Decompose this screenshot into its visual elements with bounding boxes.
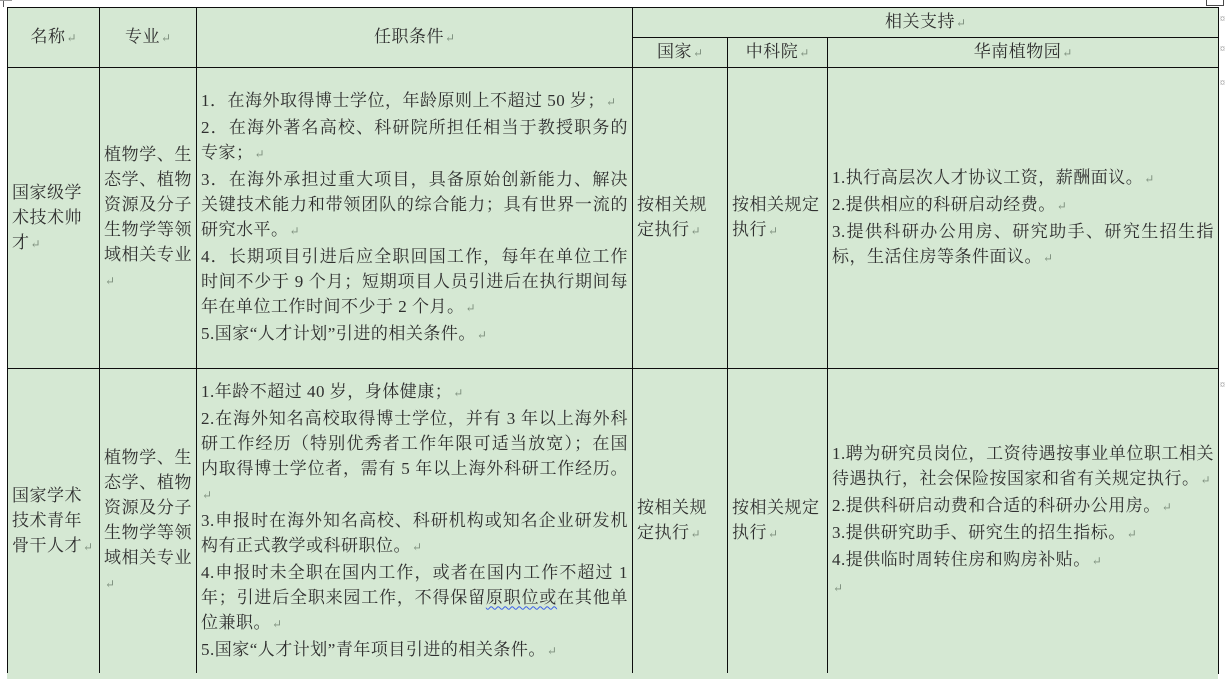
paragraph-mark-icon: ↵ [832,581,843,595]
condition-text: 5.国家“人才计划”引进的相关条件。 [201,324,476,343]
header-scbg-label: 华南植物园 [974,42,1062,61]
row2-major-cell[interactable]: 植物学、生态学、植物资源及分子生物学等领域相关专业↵ [100,369,197,674]
condition-text: 1.年龄不超过 40 岁，身体健康； [201,382,452,401]
paragraph-mark-icon: ↵ [476,328,487,342]
header-conditions-cell[interactable]: 任职条件↵ [197,8,633,68]
condition-text: 3．在海外承担过重大项目，具备原始创新能力、解决关键技术能力和带领团队的综合能力… [201,170,628,239]
support-item: 3.提供科研办公用房、研究助手、研究生招生指标，生活住房等条件面议。↵ [832,219,1214,271]
row2-major-text: 植物学、生态学、植物资源及分子生物学等领域相关专业 [104,448,192,567]
paragraph-mark-icon: ↵ [411,540,422,554]
paragraph-mark-icon: ↵ [82,540,93,554]
condition-text: 2．在海外著名高校、科研院所担任相当于教授职务的专家； [201,118,628,162]
condition-text: 4．长期项目引进后应全职回国工作，每年在单位工作时间不少于 9 个月；短期项目人… [201,247,628,316]
row1-name-text: 国家级学术技术帅才 [12,183,82,252]
row2-cas-cell[interactable]: 按相关规定执行↵ [728,369,828,674]
condition-item: 3.申报时在海外知名高校、科研机构或知名企业研发机构有正式教学或科研职位。↵ [201,508,628,560]
paragraph-mark-icon: ↵ [955,16,966,30]
row1-major-cell[interactable]: 植物学、生态学、植物资源及分子生物学等领域相关专业↵ [100,68,197,369]
support-text: 2.提供相应的科研启动经费。 [832,195,1056,214]
support-item: 1.执行高层次人才协议工资，薪酬面议。↵ [832,165,1214,192]
paragraph-mark-icon: ↵ [289,224,300,238]
condition-text: 1．在海外取得博士学位，年龄原则上不超过 50 岁； [201,91,605,110]
paragraph-mark-icon: ↵ [104,274,115,288]
paragraph-mark-icon: ↵ [1091,554,1102,568]
header-cas-cell[interactable]: 中科院↵ [728,38,828,68]
spellcheck-flagged-text: 原职位或 [486,588,557,607]
paragraph-mark-icon: ↵ [201,488,212,502]
paragraph-mark-icon: ↵ [692,46,703,60]
paragraph-mark-icon: ↵ [271,617,282,631]
paragraph-mark-icon: ↵ [690,224,701,238]
support-item: 1.聘为研究员岗位，工资待遇按事业单位职工相关待遇执行，社会保险按国家和省有关规… [832,441,1214,493]
paragraph-mark-icon: ↵ [1056,199,1067,213]
paragraph-mark-icon: ↵ [1061,46,1072,60]
condition-item: 2.在海外知名高校取得博士学位，并有 3 年以上海外科研工作经历（特别优秀者工作… [201,406,628,508]
header-major-cell[interactable]: 专业↵ [100,8,197,68]
ruler-tick-icon [0,0,12,1]
paragraph-mark-icon: ↵ [160,31,171,45]
row1-national-cell[interactable]: 按相关规定执行↵ [633,68,728,369]
row2-conditions-cell[interactable]: 1.年龄不超过 40 岁，身体健康；↵ 2.在海外知名高校取得博士学位，并有 3… [197,369,633,674]
word-document-page: 名称↵ 专业↵ 任职条件↵ 相关支持↵ 国家↵ 中科院↵ 华南植物园↵ [0,0,1225,679]
paragraph-mark-icon: ↵ [1042,251,1053,265]
support-item: ↵ [832,574,1214,601]
table-row: 国家级学术技术帅才↵ 植物学、生态学、植物资源及分子生物学等领域相关专业↵ 1．… [8,68,1219,369]
header-name-label: 名称 [30,27,65,46]
condition-item: 4.申报时未全职在国内工作，或者在国内工作不超过 1 年；引进后全职来园工作，不… [201,560,628,637]
row1-name-cell[interactable]: 国家级学术技术帅才↵ [8,68,100,369]
next-row-fragment [7,673,1218,679]
header-conditions-label: 任职条件 [374,27,444,46]
table-handle-icon[interactable] [3,0,4,7]
condition-text: 2.在海外知名高校取得博士学位，并有 3 年以上海外科研工作经历（特别优秀者工作… [201,409,628,478]
paragraph-mark-icon: ↵ [605,95,616,109]
condition-item: 1.年龄不超过 40 岁，身体健康；↵ [201,379,628,406]
header-national-cell[interactable]: 国家↵ [633,38,728,68]
paragraph-mark-icon: ↵ [1161,500,1172,514]
condition-item: 3．在海外承担过重大项目，具备原始创新能力、解决关键技术能力和带领团队的综合能力… [201,167,628,244]
row2-name-cell[interactable]: 国家学术技术青年骨干人才↵ [8,369,100,674]
talent-recruitment-table: 名称↵ 专业↵ 任职条件↵ 相关支持↵ 国家↵ 中科院↵ 华南植物园↵ [7,7,1219,674]
row-end-mark-icon: ¤ [1220,14,1225,25]
row-end-mark-icon: ¤ [1220,44,1225,55]
row2-name-text: 国家学术技术青年骨干人才 [12,486,82,555]
paragraph-mark-icon: ↵ [546,644,557,658]
condition-item: 1．在海外取得博士学位，年龄原则上不超过 50 岁；↵ [201,88,628,115]
support-text: 4.提供临时周转住房和购房补贴。 [832,550,1091,569]
row1-scbg-cell[interactable]: 1.执行高层次人才协议工资，薪酬面议。↵ 2.提供相应的科研启动经费。↵ 3.提… [828,68,1219,369]
support-text: 1.聘为研究员岗位，工资待遇按事业单位职工相关待遇执行，社会保险按国家和省有关规… [832,444,1214,488]
row2-national-cell[interactable]: 按相关规定执行↵ [633,369,728,674]
row-end-mark-icon: ¤ [1220,78,1225,89]
paragraph-mark-icon: ↵ [30,237,41,251]
header-national-label: 国家 [657,42,692,61]
support-text: 3.提供研究助手、研究生的招生指标。 [832,523,1126,542]
paragraph-mark-icon: ↵ [452,386,463,400]
table-row: 国家学术技术青年骨干人才↵ 植物学、生态学、植物资源及分子生物学等领域相关专业↵… [8,369,1219,674]
paragraph-mark-icon: ↵ [444,31,455,45]
header-name-cell[interactable]: 名称↵ [8,8,100,68]
paragraph-mark-icon: ↵ [465,301,476,315]
paragraph-mark-icon: ↵ [254,147,265,161]
row1-conditions-cell[interactable]: 1．在海外取得博士学位，年龄原则上不超过 50 岁；↵ 2．在海外著名高校、科研… [197,68,633,369]
support-text: 3.提供科研办公用房、研究助手、研究生招生指标，生活住房等条件面议。 [832,222,1214,266]
header-support-cell[interactable]: 相关支持↵ [633,8,1219,38]
paragraph-mark-icon: ↵ [1200,473,1211,487]
paragraph-mark-icon: ↵ [1143,172,1154,186]
paragraph-mark-icon: ↵ [690,527,701,541]
condition-item: 2．在海外著名高校、科研院所担任相当于教授职务的专家；↵ [201,115,628,167]
row-end-mark-icon: ¤ [1220,380,1225,391]
support-text: 1.执行高层次人才协议工资，薪酬面议。 [832,168,1143,187]
support-text: 2.提供科研启动费和合适的科研办公用房。 [832,496,1161,515]
support-item: 3.提供研究助手、研究生的招生指标。↵ [832,520,1214,547]
row1-major-text: 植物学、生态学、植物资源及分子生物学等领域相关专业 [104,145,192,264]
scrollbar-top-fragment [1206,0,1224,6]
support-item: 2.提供相应的科研启动经费。↵ [832,192,1214,219]
paragraph-mark-icon: ↵ [1126,527,1137,541]
condition-item: 5.国家“人才计划”青年项目引进的相关条件。↵ [201,637,628,664]
condition-item: 4．长期项目引进后应全职回国工作，每年在单位工作时间不少于 9 个月；短期项目人… [201,244,628,321]
header-cas-label: 中科院 [746,42,799,61]
support-item: 4.提供临时周转住房和购房补贴。↵ [832,547,1214,574]
paragraph-mark-icon: ↵ [767,224,778,238]
paragraph-mark-icon: ↵ [798,46,809,60]
header-major-label: 专业 [125,27,160,46]
paragraph-mark-icon: ↵ [65,31,76,45]
header-scbg-cell[interactable]: 华南植物园↵ [828,38,1219,68]
row1-cas-cell[interactable]: 按相关规定执行↵ [728,68,828,369]
support-item: 2.提供科研启动费和合适的科研办公用房。↵ [832,493,1214,520]
paragraph-mark-icon: ↵ [104,577,115,591]
paragraph-mark-icon: ↵ [767,527,778,541]
condition-item: 5.国家“人才计划”引进的相关条件。↵ [201,321,628,348]
condition-text: 5.国家“人才计划”青年项目引进的相关条件。 [201,640,546,659]
row2-scbg-cell[interactable]: 1.聘为研究员岗位，工资待遇按事业单位职工相关待遇执行，社会保险按国家和省有关规… [828,369,1219,674]
header-support-label: 相关支持 [885,12,955,31]
